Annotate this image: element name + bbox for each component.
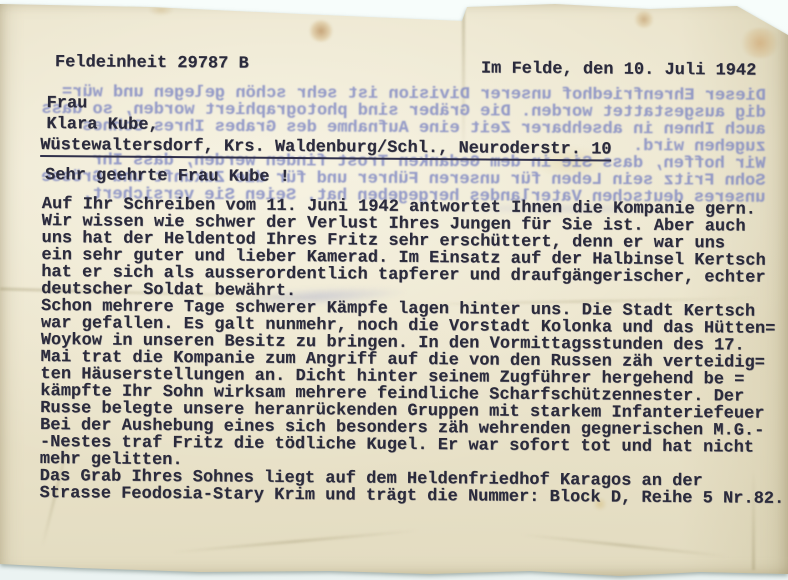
dateline: Im Felde, den 10. Juli 1942 [481,60,757,79]
recipient-title: Frau [47,95,88,112]
body-line: Strasse Feodosia-Stary Krim und trägt di… [39,485,784,508]
paper-wrap: Dieser Ehrenfriedhof unserer Division is… [0,0,788,580]
field-unit: Feldeinheit 29787 B [55,54,249,73]
letter-text-layer: Feldeinheit 29787 B Im Felde, den 10. Ju… [0,0,788,580]
salutation: Sehr geehrte Frau Kube ! [45,167,290,186]
recipient-name: Klara Kube, [46,116,158,134]
letter-paper: Dieser Ehrenfriedhof unserer Division is… [0,0,788,580]
recipient-address: Wüstewaltersdorf, Krs. Waldenburg/Schl.,… [40,137,611,161]
scanner-background: Dieser Ehrenfriedhof unserer Division is… [0,0,788,580]
letter-body: Auf Ihr Schreiben vom 11. Juni 1942 antw… [39,196,786,508]
